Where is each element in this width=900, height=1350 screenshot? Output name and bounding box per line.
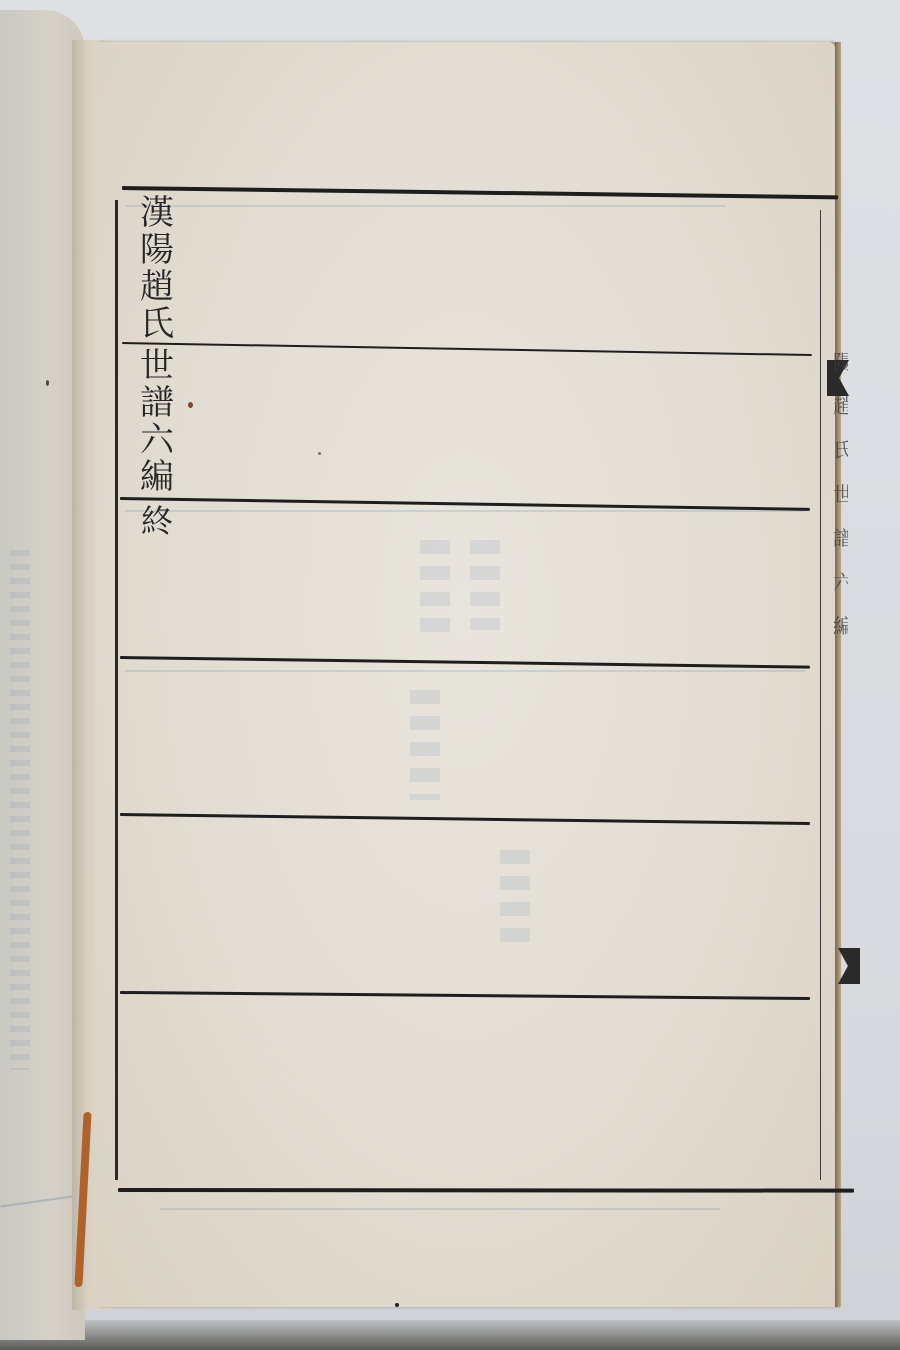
ghost-rule <box>125 670 805 672</box>
bleed-through-text <box>10 550 30 1070</box>
spine-char: 世 <box>833 472 848 516</box>
title-char: 漢 <box>140 195 174 232</box>
right-page <box>95 42 835 1307</box>
spine-char: 趙 <box>833 384 848 428</box>
ghost-rule <box>160 1208 720 1210</box>
end-char: 終 <box>141 503 173 540</box>
spine-char: 編 <box>833 604 848 648</box>
spine-char: 陽 <box>833 340 848 384</box>
title-char: 譜 <box>140 385 174 422</box>
title-char: 趙 <box>140 269 174 306</box>
foxing-speck <box>395 1303 399 1307</box>
ghost-text <box>410 690 440 800</box>
table-surface <box>0 1320 900 1350</box>
title-clan-name: 漢 陽 趙 氏 <box>137 195 177 343</box>
title-char: 世 <box>140 348 174 385</box>
title-char: 氏 <box>140 306 174 343</box>
spine-char: 譜 <box>833 516 848 560</box>
foxing-speck <box>46 380 49 386</box>
foxing-speck <box>318 452 321 455</box>
title-char: 陽 <box>140 232 174 269</box>
ghost-text <box>420 540 450 640</box>
title-char: 編 <box>140 459 174 496</box>
ghost-text <box>470 540 500 630</box>
spine-title: 陽 趙 氏 世 譜 六 編 <box>822 340 848 730</box>
ghost-text <box>500 850 530 950</box>
title-volume: 世 譜 六 編 <box>137 348 177 496</box>
frame-bottom-rule <box>118 1188 854 1193</box>
frame-right-border <box>820 210 821 1180</box>
end-mark: 終 <box>137 503 177 540</box>
bleed-through-rule <box>0 1194 79 1207</box>
spine-char: 氏 <box>833 428 848 472</box>
title-char: 六 <box>140 422 174 459</box>
foxing-speck <box>188 402 193 408</box>
spine-char: 六 <box>833 560 848 604</box>
frame-left-border <box>115 200 118 1180</box>
ghost-rule <box>125 510 805 512</box>
ghost-rule <box>125 205 725 207</box>
